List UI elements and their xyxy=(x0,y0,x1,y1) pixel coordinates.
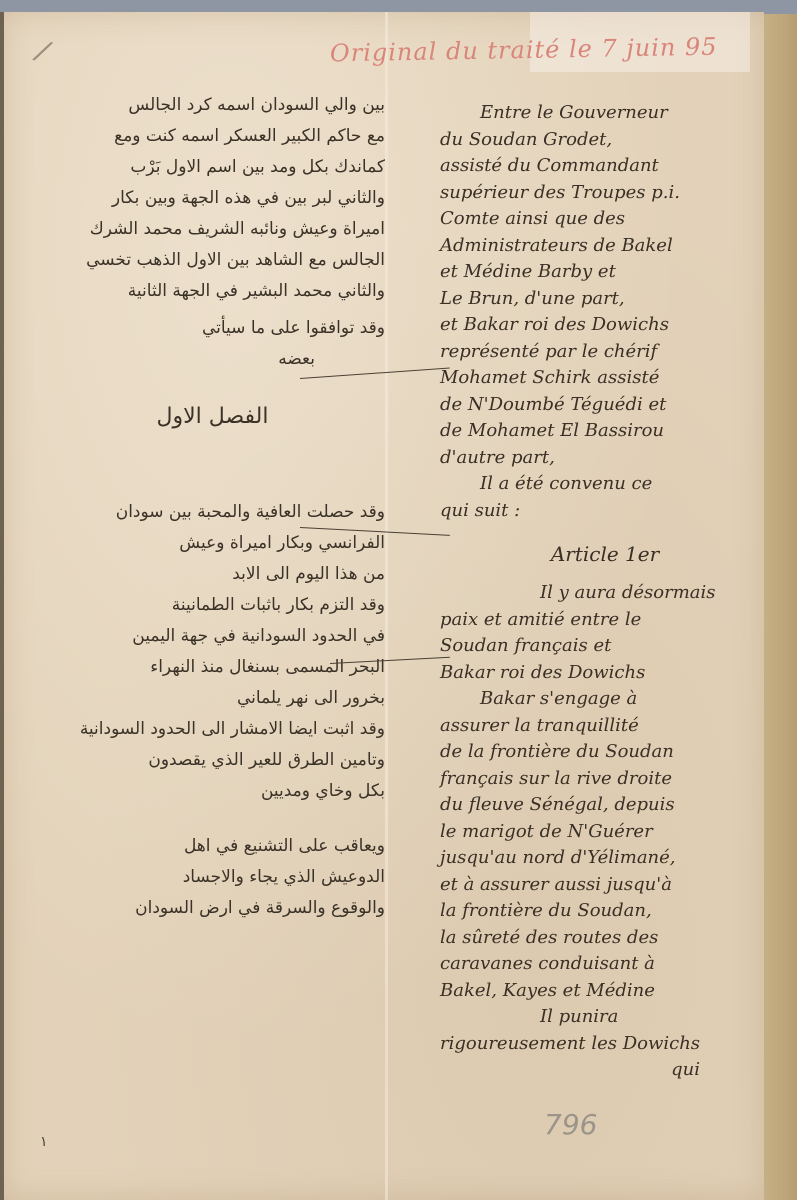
arabic-line: والوقوع والسرقة في ارض السودان xyxy=(40,893,385,924)
french-line: Il y aura désormais xyxy=(440,580,770,607)
arabic-line: كماندك بكل ومد بين اسم الاول بَرْب xyxy=(40,152,385,183)
arabic-line: بين والي السودان اسمه كرد الجالس xyxy=(40,90,385,121)
french-line: supérieur des Troupes p.i. xyxy=(440,180,770,207)
french-line: de la frontière du Soudan xyxy=(440,739,770,766)
french-line: représenté par le chérif xyxy=(440,339,770,366)
french-line: assurer la tranquillité xyxy=(440,713,770,740)
french-line: qui suit : xyxy=(440,498,770,525)
french-line: qui xyxy=(440,1057,770,1084)
french-line: Bakar roi des Dowichs xyxy=(440,660,770,687)
french-line: Il a été convenu ce xyxy=(440,471,770,498)
french-line: et Médine Barby et xyxy=(440,259,770,286)
french-line: du fleuve Sénégal, depuis xyxy=(440,792,770,819)
arabic-line: وقد اثبت ايضا الامشار الى الحدود السودان… xyxy=(40,714,385,745)
french-line: paix et amitié entre le xyxy=(440,607,770,634)
french-line: de Mohamet El Bassirou xyxy=(440,418,770,445)
arabic-line: مع حاكم الكبير العسكر اسمه كنت ومع xyxy=(40,121,385,152)
article-title: Article 1er xyxy=(440,524,770,580)
french-column: Entre le Gouverneur du Soudan Grodet, as… xyxy=(440,100,770,1084)
french-line: d'autre part, xyxy=(440,445,770,472)
french-line: Soudan français et xyxy=(440,633,770,660)
arabic-line: اميراة وعيش ونائبه الشريف محمد الشرك xyxy=(40,214,385,245)
folio-mark: ١ xyxy=(40,1134,48,1150)
french-line: assisté du Commandant xyxy=(440,153,770,180)
french-line: Bakar s'engage à xyxy=(440,686,770,713)
french-line: Mohamet Schirk assisté xyxy=(440,365,770,392)
french-line: du Soudan Grodet, xyxy=(440,127,770,154)
french-line: la frontière du Soudan, xyxy=(440,898,770,925)
arabic-line: البحر المسمى بسنغال منذ النهراء xyxy=(40,652,385,683)
french-line: Le Brun, d'une part, xyxy=(440,286,770,313)
french-line: Bakel, Kayes et Médine xyxy=(440,978,770,1005)
french-line: français sur la rive droite xyxy=(440,766,770,793)
arabic-line: والثاني لبر بين في هذه الجهة وبين بكار xyxy=(40,183,385,214)
french-line: et Bakar roi des Dowichs xyxy=(440,312,770,339)
french-line: Il punira xyxy=(440,1004,770,1031)
french-line: rigoureusement les Dowichs xyxy=(440,1031,770,1058)
arabic-line: وقد حصلت العافية والمحبة بين سودان xyxy=(40,497,385,528)
arabic-line: وقد التزم بكار باثبات الطمانينة xyxy=(40,590,385,621)
arabic-line: والثاني محمد البشير في الجهة الثانية xyxy=(40,276,385,307)
french-line: Comte ainsi que des xyxy=(440,206,770,233)
arabic-line: بخرور الى نهر يلماني xyxy=(40,683,385,714)
sheet-left-edge xyxy=(0,12,4,1200)
french-line: jusqu'au nord d'Yélimané, xyxy=(440,845,770,872)
arabic-line: في الحدود السودانية في جهة اليمين xyxy=(40,621,385,652)
french-line: Administrateurs de Bakel xyxy=(440,233,770,260)
arabic-column: بين والي السودان اسمه كرد الجالس مع حاكم… xyxy=(40,90,385,924)
arabic-line: ويعاقب على التشنيع في اهل xyxy=(40,831,385,862)
arabic-line: بكل وخاي ومديين xyxy=(40,776,385,807)
spacer xyxy=(40,437,385,497)
spacer xyxy=(40,807,385,831)
arabic-line: الدوعيش الذي يجاء والاجساد xyxy=(40,862,385,893)
arabic-line: من هذا اليوم الى الابد xyxy=(40,559,385,590)
arabic-article-heading: الفصل الاول xyxy=(40,397,385,437)
arabic-line: الفرانسي وبكار اميراة وعيش xyxy=(40,528,385,559)
arabic-line: وتامين الطرق للعير الذي يقصدون xyxy=(40,745,385,776)
arabic-line: بعضه xyxy=(40,344,385,375)
french-line: de N'Doumbé Téguédi et xyxy=(440,392,770,419)
arabic-line: وقد توافقوا على ما سيأتي xyxy=(40,313,385,344)
french-line: le marigot de N'Guérer xyxy=(440,819,770,846)
fold-line xyxy=(385,12,388,1200)
french-line: caravanes conduisant à xyxy=(440,951,770,978)
french-line: Entre le Gouverneur xyxy=(440,100,770,127)
arabic-line: الجالس مع الشاهد بين الاول الذهب تخسي xyxy=(40,245,385,276)
french-line: et à assurer aussi jusqu'à xyxy=(440,872,770,899)
french-line: la sûreté des routes des xyxy=(440,925,770,952)
pencil-page-number: 796 xyxy=(544,1108,597,1141)
